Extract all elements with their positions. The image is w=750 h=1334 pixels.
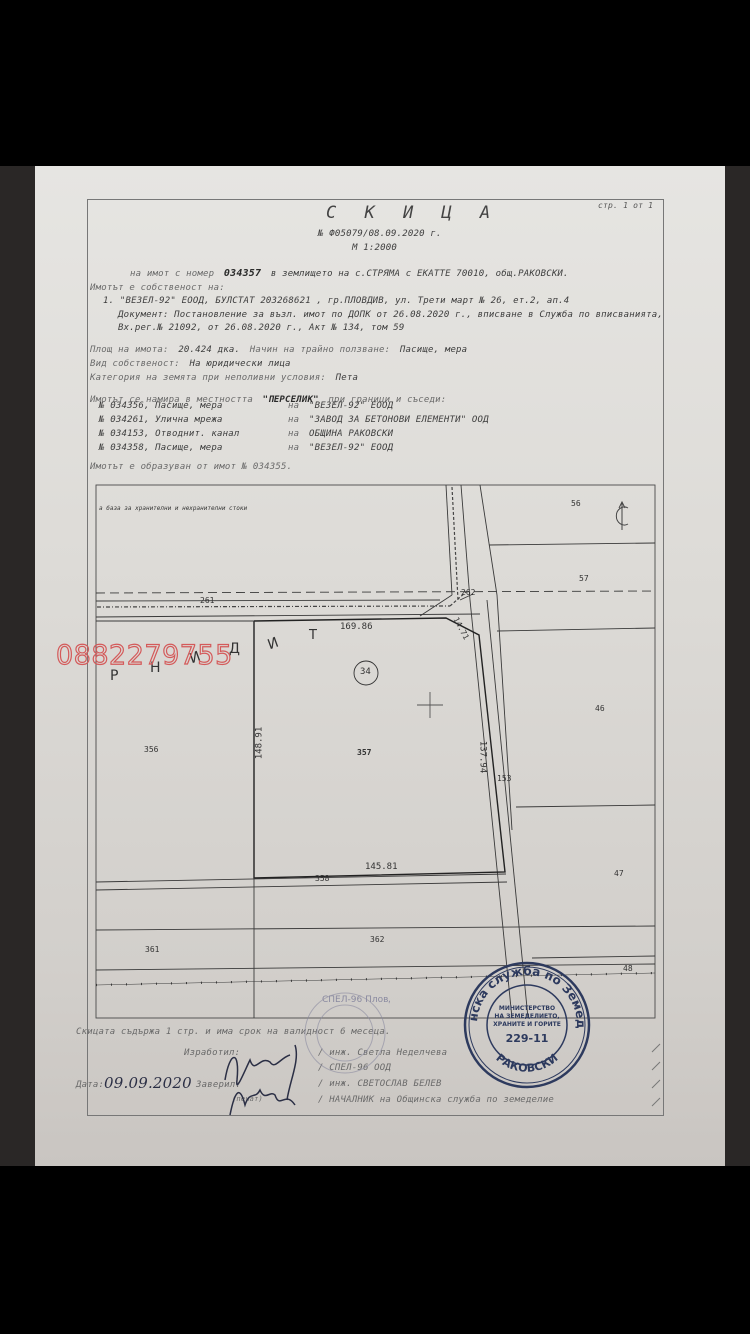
parcel-357: 357 [357, 748, 371, 757]
dimension-left: 148.91 [254, 727, 264, 760]
position-title: / НАЧАЛНИК на Общинска служба по земедел… [318, 1095, 554, 1105]
official-stamp-icon: Общинска служба по Земеделие РАКОВСКИ МИ… [462, 960, 592, 1090]
stamp-inner-line1: МИНИСТЕРСТВО [499, 1005, 555, 1012]
parcel-261: 261 [200, 596, 214, 605]
svg-text:РАКОВСКИ: РАКОВСКИ [493, 1051, 560, 1075]
dimension-bottom: 145.81 [365, 862, 398, 872]
plan-note: а база за хранителни и нехранителни сток… [99, 505, 247, 512]
watermark-phone: 0882279755 [56, 640, 233, 671]
parcel-356: 356 [144, 745, 158, 754]
parcel-57: 57 [579, 574, 589, 583]
stamp-code: 229-11 [506, 1032, 549, 1045]
parcel-358: 358 [315, 874, 329, 883]
margin-marks [648, 1040, 668, 1110]
company-stamp-icon: СПЕЛ-96 Пловдив [300, 988, 390, 1078]
parcel-362: 362 [370, 935, 384, 944]
parcel-46: 46 [595, 704, 605, 713]
dimension-right: 137.94 [477, 741, 487, 774]
parcel-48: 48 [623, 964, 633, 973]
locality-letter: Т [309, 628, 317, 643]
stamp-inner-line3: ХРАНИТЕ И ГОРИТЕ [493, 1021, 561, 1028]
parcel-56: 56 [571, 499, 581, 508]
parcel-153: 153 [497, 774, 511, 783]
stamp-city: РАКОВСКИ [493, 1051, 560, 1075]
dimension-top: 169.86 [340, 622, 373, 632]
certified-by: / инж. СВЕТОСЛАВ БЕЛЕВ [318, 1079, 442, 1089]
north-arrow-icon [616, 502, 628, 530]
company-stamp-text: СПЕЛ-96 Пловдив [322, 995, 390, 1005]
block-number: 34 [360, 667, 371, 677]
parcel-361: 361 [145, 945, 159, 954]
parcel-262: 262 [461, 588, 475, 597]
date-value: 09.09.2020 [104, 1074, 192, 1092]
parcel-47: 47 [614, 869, 624, 878]
date-label: Дата: [76, 1080, 104, 1090]
stamp-inner-line2: НА ЗЕМЕДЕЛИЕТО, [494, 1013, 559, 1020]
